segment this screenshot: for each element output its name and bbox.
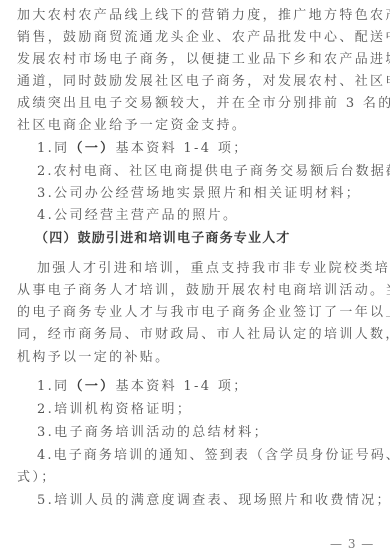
paragraph-1-line-1: 加大农村农产品线上线下的营销力度，推广地方特色农产品网上 (17, 8, 390, 24)
list-1-item-1: 1.同（一）基本资料 1-4 项； (37, 141, 249, 157)
list-1-item-2: 2.农村电商、社区电商提供电子商务交易额后台数据截图； (37, 164, 390, 180)
paragraph-1-line-5: 成绩突出且电子交易额较大，并在全市分别排前 3 名的农村电商、 (17, 96, 390, 112)
page-number: — 3 — (330, 537, 374, 551)
list-1-item-3: 3.公司办公经营场地实景照片和相关证明材料； (37, 186, 361, 202)
list-2-item-2: 2.培训机构资格证明； (37, 402, 192, 418)
list-2-item-1-paren: （一） (69, 379, 115, 394)
paragraph-2-line-5: 机构予以一定的补贴。 (17, 350, 171, 366)
list-2-item-1-prefix: 1.同 (37, 379, 69, 394)
list-2-item-4: 4.电子商务培训的通知、签到表（含学员身份证号码、联系方 (37, 448, 390, 464)
section-heading: （四）鼓励引进和培训电子商务专业人才 (35, 231, 291, 247)
list-1-item-1-prefix: 1.同 (37, 141, 69, 156)
list-2-item-1-suffix: 基本资料 1-4 项； (116, 379, 249, 394)
paragraph-2-line-4: 同，经市商务局、市财政局、市人社局认定的培训人数，对培训 (17, 327, 390, 343)
list-1-item-4: 4.公司经营主营产品的照片。 (37, 208, 238, 224)
list-1-item-1-suffix: 基本资料 1-4 项； (116, 141, 249, 156)
list-1-item-1-paren: （一） (69, 141, 115, 156)
paragraph-1-line-3: 发展农村市场电子商务，以便捷工业品下乡和农产品进城的双向 (17, 52, 390, 68)
paragraph-1-line-6: 社区电商企业给予一定资金支持。 (17, 118, 247, 134)
paragraph-2-line-3: 的电子商务专业人才与我市电子商务企业签订了一年以上劳动合 (17, 305, 390, 321)
paragraph-2-line-2: 从事电子商务人才培训，鼓励开展农村电商培训活动。当年培训 (17, 283, 390, 299)
list-2-item-1: 1.同（一）基本资料 1-4 项； (37, 379, 249, 395)
paragraph-1-line-2: 销售，鼓励商贸流通龙头企业、农产品批发中心、配送中心大力 (17, 30, 390, 46)
list-2-item-5: 5.培训人员的满意度调查表、现场照片和收费情况； (37, 493, 390, 509)
paragraph-2-line-1: 加强人才引进和培训，重点支持我市非专业院校类培训机构 (37, 261, 390, 277)
list-2-item-3: 3.电子商务培训活动的总结材料； (37, 425, 269, 441)
paragraph-1-line-4: 通道，同时鼓励发展社区电子商务，对发展农村、社区电子商务 (17, 74, 390, 90)
document-page: 加大农村农产品线上线下的营销力度，推广地方特色农产品网上 销售，鼓励商贸流通龙头… (0, 0, 390, 557)
list-2-item-4-continued: 式）； (17, 470, 57, 486)
